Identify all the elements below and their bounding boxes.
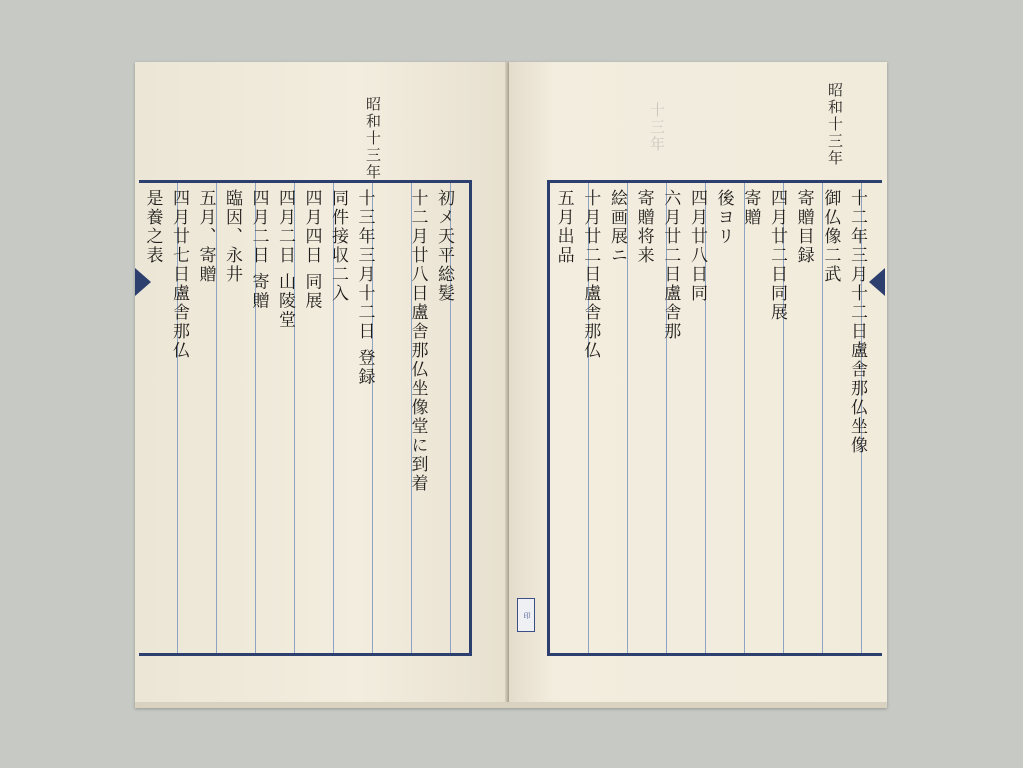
left-column-12: 是養之表 [145,189,172,647]
right-column-4: 四月廿二日同展 [769,189,796,647]
left-column-7: 四月二日 山陵堂 [278,189,305,647]
left-column-8: 四月二日 寄贈 [251,189,278,647]
right-column-11: 十月廿二日盧舎那仏 [583,189,610,647]
left-column-1: 初メ天平総髪 [437,189,464,647]
seal-stamp: 印 [517,598,535,632]
left-column-2: 十二月廿八日盧舎那仏坐像堂に到着 [410,189,437,647]
page-edges [135,702,887,708]
right-faint-mark: 十三年 [647,102,668,153]
left-column-5: 同件接収二入 [331,189,358,647]
left-column-9: 臨因、永井 [225,189,252,647]
open-book: 昭和十三年 初メ天平総髪 十二月廿八日盧舎那仏坐像堂に到着 十三年三月十二日 登… [135,62,887,712]
left-column-11: 四月廿七日盧舎那仏 [172,189,199,647]
left-column-6: 四月四日 同展 [304,189,331,647]
right-ruled-frame: 十二年三月十二日盧舎那仏坐像 御仏像二武 寄贈目録 四月廿二日同展 寄贈 後ヨリ… [547,180,882,656]
right-column-10: 絵画展ニ [609,189,636,647]
right-header-note: 昭和十三年 [825,82,846,167]
right-column-2: 御仏像二武 [823,189,850,647]
left-ruled-frame: 初メ天平総髪 十二月廿八日盧舎那仏坐像堂に到着 十三年三月十二日 登録 同件接収… [139,180,472,656]
left-column-10: 五月、寄贈 [198,189,225,647]
left-column-3 [384,189,411,647]
right-column-5: 寄贈 [743,189,770,647]
left-fold-marker [135,268,151,296]
left-column-4: 十三年三月十二日 登録 [357,189,384,647]
left-header-note: 昭和十三年 [363,96,384,181]
right-column-3: 寄贈目録 [796,189,823,647]
right-column-7: 四月廿八日同 [689,189,716,647]
right-column-8: 六月廿二日盧舎那 [663,189,690,647]
right-column-6: 後ヨリ [716,189,743,647]
left-page: 昭和十三年 初メ天平総髪 十二月廿八日盧舎那仏坐像堂に到着 十三年三月十二日 登… [135,62,509,708]
right-column-9: 寄贈将来 [636,189,663,647]
right-column-1: 十二年三月十二日盧舎那仏坐像 [849,189,876,647]
right-fold-marker [869,268,885,296]
right-column-12: 五月出品 [556,189,583,647]
